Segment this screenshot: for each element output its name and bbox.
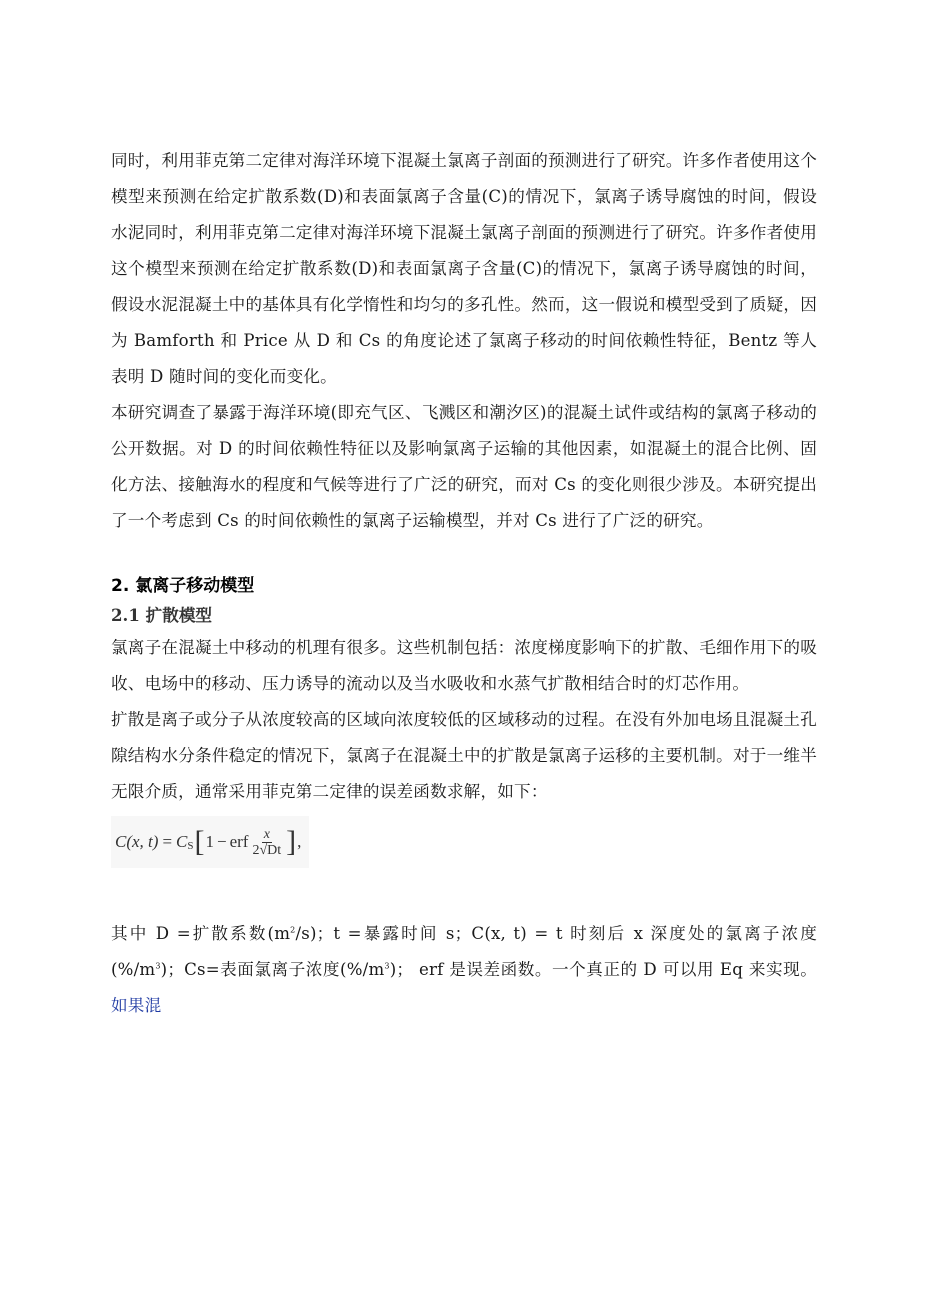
formula-cs: C: [176, 832, 187, 852]
formula-numerator: x: [262, 827, 272, 843]
formula-lhs: C(x, t): [115, 832, 158, 852]
definitions-paragraph: 其中 D =扩散系数(m2/s)；t =暴露时间 s；C(x, t) = t 时…: [111, 916, 817, 1024]
formula-equals: =: [162, 832, 172, 852]
formula-denominator: 2√Dt: [250, 843, 283, 858]
diffusion-paragraph: 扩散是离子或分子从浓度较高的区域向浓度较低的区域移动的过程。在没有外加电场且混凝…: [111, 702, 817, 810]
section-heading: 2. 氯离子移动模型: [111, 572, 817, 600]
formula-close-bracket: ]: [286, 827, 296, 857]
formula-open-bracket: [: [195, 827, 205, 857]
definitions-part-3: )；Cs=表面氯离子浓度(%/m: [161, 960, 385, 979]
formula-trailing-comma: ,: [297, 832, 301, 852]
continuation-link[interactable]: 如果混: [111, 996, 161, 1015]
intro-paragraph-1: 同时，利用菲克第二定律对海洋环境下混凝土氯离子剖面的预测进行了研究。许多作者使用…: [111, 143, 817, 395]
formula-erf: erf: [230, 832, 249, 852]
intro-paragraph-2: 本研究调查了暴露于海洋环境(即充气区、飞溅区和潮汐区)的混凝土试件或结构的氯离子…: [111, 395, 817, 539]
formula-one: 1: [206, 832, 215, 852]
formula-fraction: x 2√Dt: [250, 827, 283, 858]
formula-cs-sub: S: [187, 840, 193, 852]
document-page: 同时，利用菲克第二定律对海洋环境下混凝土氯离子剖面的预测进行了研究。许多作者使用…: [111, 143, 817, 1024]
definitions-part-1: 其中 D =扩散系数(m: [111, 924, 290, 943]
definitions-part-4: )； erf 是误差函数。一个真正的 D 可以用 Eq 来实现。: [390, 960, 817, 979]
subsection-heading: 2.1 扩散模型: [111, 600, 817, 630]
formula-minus: −: [217, 832, 227, 852]
fick-formula-image: C(x, t) = CS [ 1 − erf x 2√Dt ] ,: [111, 816, 309, 868]
mechanisms-paragraph: 氯离子在混凝土中移动的机理有很多。这些机制包括：浓度梯度影响下的扩散、毛细作用下…: [111, 630, 817, 702]
